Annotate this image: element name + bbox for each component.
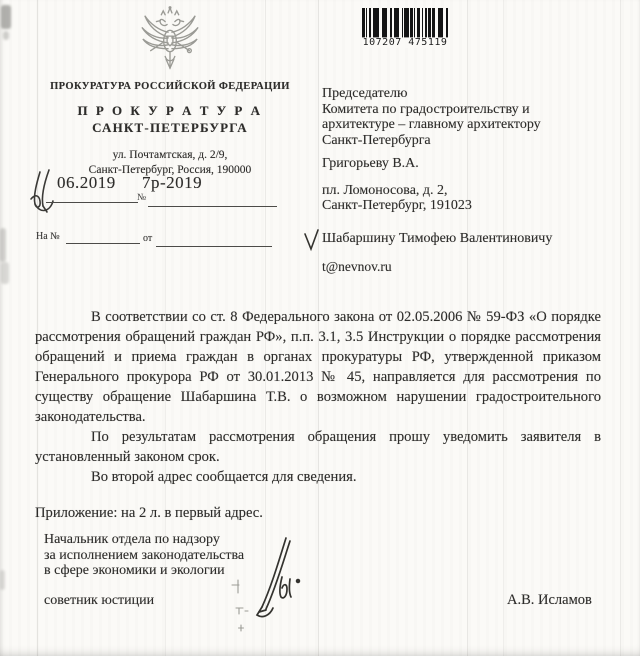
coat-of-arms-icon [139, 6, 201, 74]
scan-smudge [1, 5, 11, 29]
addressee-primary-name: Григорьеву В.А. [322, 156, 622, 172]
scanned-letter-page: ПРОКУРАТУРА РОССИЙСКОЙ ФЕДЕРАЦИИ П Р О К… [0, 0, 640, 656]
addressee-secondary-name: Шабаршину Тимофею Валентиновичу [322, 231, 552, 247]
addressee-title-line: Председателю [322, 86, 622, 102]
no-sign-label: № [137, 193, 146, 203]
from-underline [156, 246, 272, 247]
scan-smudge [0, 570, 5, 590]
addressee-secondary-email: t@nevnov.ru [322, 259, 392, 275]
addressee-primary-address: Санкт-Петербург, 191023 [322, 198, 622, 214]
scan-smudge [0, 228, 6, 262]
addressee-title-line: Комитета по градостроительству и [322, 102, 622, 118]
attachment-line: Приложение: на 2 л. в первый адрес. [35, 503, 601, 523]
scan-smudge [3, 31, 9, 40]
letterhead: ПРОКУРАТУРА РОССИЙСКОЙ ФЕДЕРАЦИИ П Р О К… [30, 6, 310, 176]
number-underline [148, 206, 277, 207]
addressee-title-line: архитектуре – главному архитектору [322, 117, 622, 133]
letter-body: В соответствии со ст. 8 Федерального зак… [35, 307, 601, 523]
date-underline [46, 202, 138, 203]
org-address-street: ул. Почтамтская, д. 2/9, [30, 149, 310, 161]
outgoing-date: 06.2019 [57, 173, 116, 193]
outgoing-number: 7р-2019 [142, 173, 202, 193]
addressee-title-line: Санкт-Петербурга [322, 133, 622, 149]
addressee-primary-block: Председателю Комитета по градостроительс… [322, 86, 622, 214]
on-no-underline [66, 243, 140, 244]
body-paragraph-2: По результатам рассмотрения обращения пр… [35, 427, 601, 467]
handwritten-signature [226, 535, 310, 635]
on-no-label: На № [36, 231, 60, 242]
org-name-city: САНКТ-ПЕТЕРБУРГА [30, 120, 310, 136]
barcode-digits: 107207 475119 [362, 37, 448, 48]
org-name-federation: ПРОКУРАТУРА РОССИЙСКОЙ ФЕДЕРАЦИИ [30, 81, 310, 92]
body-paragraph-3: Во второй адрес сообщается для сведения. [35, 467, 601, 487]
org-name-prokuratura: П Р О К У Р А Т У Р А [30, 103, 310, 119]
scan-smudge [1, 262, 9, 284]
barcode-bars [362, 8, 448, 38]
body-paragraph-1: В соответствии со ст. 8 Федерального зак… [35, 307, 601, 427]
from-label: от [143, 233, 152, 244]
checkmark-icon [303, 228, 319, 252]
signer-name: А.В. Исламов [507, 592, 592, 609]
addressee-primary-address: пл. Ломоносова, д. 2, [322, 183, 622, 199]
barcode: 107207 475119 [362, 8, 448, 48]
